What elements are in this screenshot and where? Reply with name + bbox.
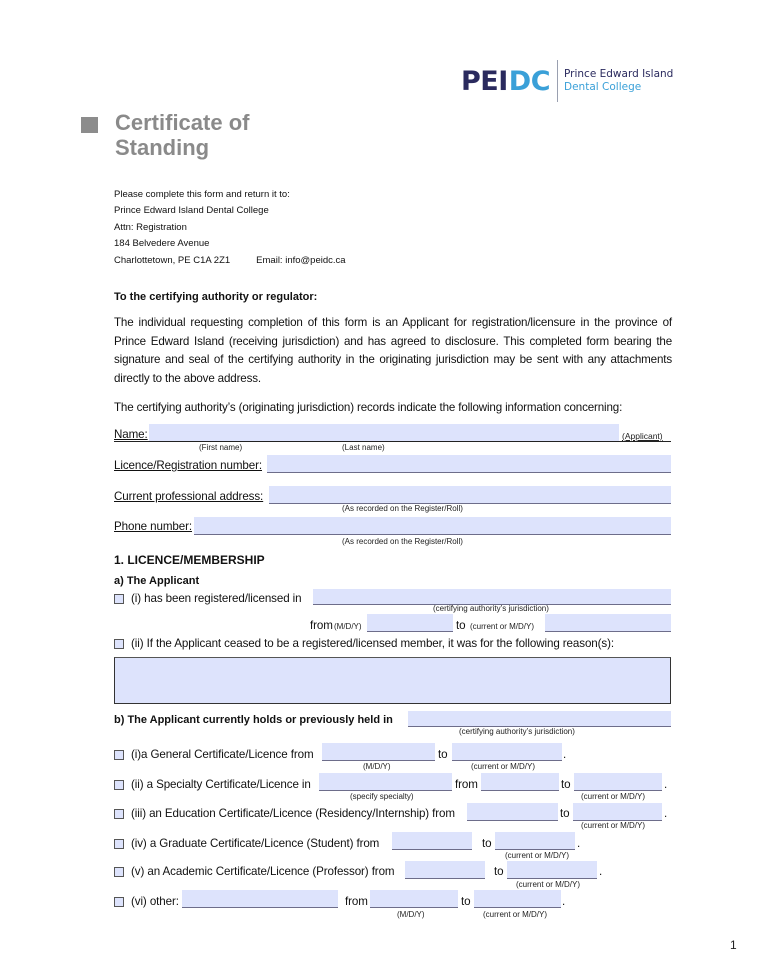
- logo-text: Prince Edward Island Dental College: [564, 68, 673, 94]
- records-statement: The certifying authority’s (originating …: [114, 401, 622, 414]
- b-vi-to-label: to: [461, 895, 470, 908]
- b-v-to-label: to: [494, 865, 503, 878]
- b-vi-other-field[interactable]: [182, 890, 338, 908]
- b-iv-label: (iv) a Graduate Certificate/Licence (Stu…: [131, 837, 379, 850]
- cessation-reasons-field[interactable]: [114, 657, 671, 704]
- checkbox-b-ii[interactable]: [114, 780, 124, 790]
- a-from-hint: (M/D/Y): [334, 622, 362, 631]
- b-i-to-field[interactable]: [452, 743, 562, 761]
- title-square-icon: [81, 117, 98, 133]
- b-iv-to-label: to: [482, 837, 491, 850]
- b-i-label: (i)a General Certificate/Licence from: [131, 748, 314, 761]
- page-number: 1: [730, 938, 737, 952]
- a-from-label: from: [310, 619, 333, 632]
- b-i-from-hint: (M/D/Y): [363, 762, 391, 771]
- b-v-to-field[interactable]: [507, 861, 597, 879]
- name-underline: [114, 441, 671, 442]
- b-iv-to-hint: (current or M/D/Y): [505, 851, 569, 860]
- last-name-hint: (Last name): [342, 443, 385, 452]
- b-i-to-hint: (current or M/D/Y): [471, 762, 535, 771]
- subsection-b-heading: b) The Applicant currently holds or prev…: [114, 714, 393, 726]
- licence-number-field[interactable]: [267, 455, 671, 473]
- checkbox-b-v[interactable]: [114, 867, 124, 877]
- b-v-to-hint: (current or M/D/Y): [516, 880, 580, 889]
- intro-heading: To the certifying authority or regulator…: [114, 291, 317, 303]
- professional-address-label: Current professional address:: [114, 490, 263, 503]
- b-vi-from-field[interactable]: [370, 890, 458, 908]
- b-iii-to-hint: (current or M/D/Y): [581, 821, 645, 830]
- section-licence-membership: 1. LICENCE/MEMBERSHIP: [114, 553, 265, 567]
- phone-number-field[interactable]: [194, 517, 671, 535]
- checkbox-a-i[interactable]: [114, 594, 124, 604]
- intro-paragraph: The individual requesting completion of …: [114, 314, 672, 388]
- b-iii-to-field[interactable]: [573, 803, 662, 821]
- b-ii-specialty-hint: (specify specialty): [350, 792, 414, 801]
- b-vi-label: (vi) other:: [131, 895, 179, 908]
- first-name-hint: (First name): [199, 443, 242, 452]
- subsection-a-heading: a) The Applicant: [114, 575, 199, 587]
- a-i-jurisdiction-field[interactable]: [313, 589, 671, 605]
- b-vi-period: .: [562, 895, 565, 908]
- b-ii-specialty-field[interactable]: [319, 773, 452, 791]
- a-i-label: (i) has been registered/licensed in: [131, 592, 302, 605]
- page-title: Certificate of Standing: [115, 110, 249, 160]
- b-v-label: (v) an Academic Certificate/Licence (Pro…: [131, 865, 394, 878]
- a-i-jurisdiction-hint: (certifying authority’s jurisdiction): [433, 604, 549, 613]
- peidc-logo: PEI DC Prince Edward Island Dental Colle…: [461, 60, 673, 102]
- logo-mark-pei: PEI: [461, 66, 508, 97]
- b-ii-to-hint: (current or M/D/Y): [581, 792, 645, 801]
- checkbox-b-iii[interactable]: [114, 809, 124, 819]
- b-iii-from-field[interactable]: [467, 803, 558, 821]
- b-jurisdiction-hint: (certifying authority’s jurisdiction): [459, 727, 575, 736]
- b-ii-period: .: [664, 778, 667, 791]
- checkbox-b-vi[interactable]: [114, 897, 124, 907]
- name-label: Name:: [114, 428, 148, 441]
- applicant-suffix: (Applicant): [622, 431, 663, 441]
- b-iv-from-field[interactable]: [392, 832, 472, 850]
- address-attn: Attn: Registration: [114, 220, 346, 236]
- b-i-to-label: to: [438, 748, 447, 761]
- phone-hint: (As recorded on the Register/Roll): [342, 537, 463, 546]
- b-iv-to-field[interactable]: [495, 832, 575, 850]
- licence-number-label: Licence/Registration number:: [114, 459, 262, 472]
- title-line1: Certificate of: [115, 110, 249, 135]
- b-ii-label: (ii) a Specialty Certificate/Licence in: [131, 778, 311, 791]
- b-jurisdiction-field[interactable]: [408, 711, 671, 727]
- b-iii-label: (iii) an Education Certificate/Licence (…: [131, 807, 455, 820]
- b-ii-from-field[interactable]: [481, 773, 559, 791]
- b-vi-from-label: from: [345, 895, 368, 908]
- b-v-period: .: [599, 865, 602, 878]
- b-vi-to-field[interactable]: [474, 890, 561, 908]
- address-org: Prince Edward Island Dental College: [114, 203, 346, 219]
- logo-divider: [557, 60, 558, 102]
- address-hint: (As recorded on the Register/Roll): [342, 504, 463, 513]
- a-to-date-field[interactable]: [545, 614, 671, 632]
- a-to-hint: (current or M/D/Y): [470, 622, 534, 631]
- b-i-period: .: [563, 748, 566, 761]
- logo-mark-dc: DC: [509, 66, 550, 97]
- checkbox-b-i[interactable]: [114, 750, 124, 760]
- checkbox-a-ii[interactable]: [114, 639, 124, 649]
- address-street: 184 Belvedere Avenue: [114, 236, 346, 252]
- address-city: Charlottetown, PE C1A 2Z1: [114, 255, 230, 266]
- title-line2: Standing: [115, 135, 249, 160]
- address-city-line: Charlottetown, PE C1A 2Z1Email: info@pei…: [114, 253, 346, 269]
- b-iii-period: .: [664, 807, 667, 820]
- address-intro: Please complete this form and return it …: [114, 187, 346, 203]
- phone-number-label: Phone number:: [114, 520, 192, 533]
- address-email: Email: info@peidc.ca: [256, 255, 345, 266]
- logo-line1: Prince Edward Island: [564, 68, 673, 81]
- return-address: Please complete this form and return it …: [114, 187, 346, 269]
- name-field[interactable]: [149, 424, 619, 442]
- a-ii-label: (ii) If the Applicant ceased to be a reg…: [131, 637, 614, 650]
- a-from-date-field[interactable]: [367, 614, 453, 632]
- b-vi-to-hint: (current or M/D/Y): [483, 910, 547, 919]
- professional-address-field[interactable]: [269, 486, 671, 504]
- b-ii-to-field[interactable]: [574, 773, 662, 791]
- checkbox-b-iv[interactable]: [114, 839, 124, 849]
- b-v-from-field[interactable]: [405, 861, 485, 879]
- b-iv-period: .: [577, 837, 580, 850]
- b-i-from-field[interactable]: [322, 743, 435, 761]
- a-to-label: to: [456, 619, 465, 632]
- b-iii-to-label: to: [560, 807, 569, 820]
- b-vi-from-hint: (M/D/Y): [397, 910, 425, 919]
- b-ii-from-label: from: [455, 778, 478, 791]
- logo-line2: Dental College: [564, 81, 673, 94]
- b-ii-to-label: to: [561, 778, 570, 791]
